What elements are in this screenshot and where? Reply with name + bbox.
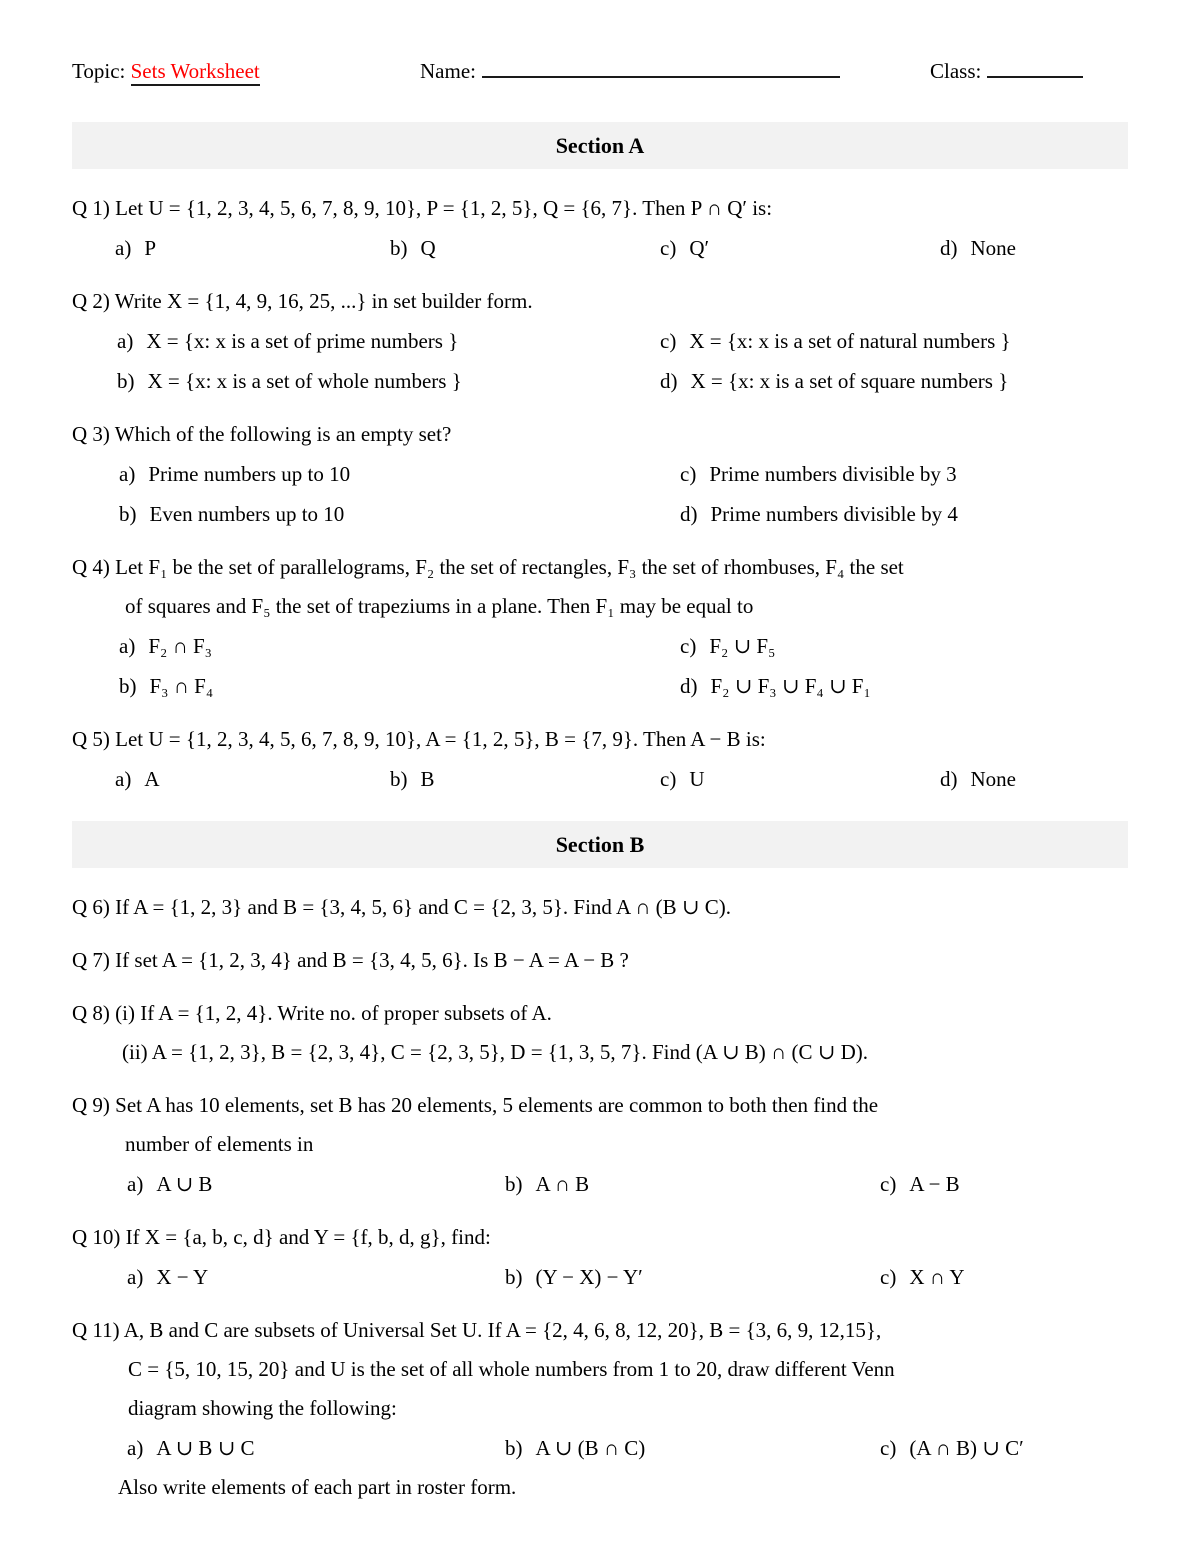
option-d: d)F₂ ∪ F₃ ∪ F₄ ∪ F₁: [680, 673, 1128, 700]
option-letter: a): [119, 461, 135, 488]
option-text: U: [689, 767, 704, 791]
option-text: A ∪ B: [156, 1172, 212, 1196]
question-9-text-line1: Q 9) Set A has 10 elements, set B has 20…: [72, 1092, 1128, 1119]
question-5: Q 5) Let U = {1, 2, 3, 4, 5, 6, 7, 8, 9,…: [72, 726, 1128, 793]
option-letter: c): [660, 766, 676, 793]
question-11-text-line1: Q 11) A, B and C are subsets of Universa…: [72, 1317, 1128, 1344]
option-letter: c): [880, 1171, 896, 1198]
option-c: c)Q′: [660, 235, 940, 262]
option-letter: c): [880, 1264, 896, 1291]
option-letter: a): [115, 766, 131, 793]
question-7-text: Q 7) If set A = {1, 2, 3, 4} and B = {3,…: [72, 947, 1128, 974]
option-letter: b): [119, 673, 137, 700]
section-a-title: Section A: [556, 133, 645, 159]
section-b-header: Section B: [72, 821, 1128, 868]
option-text: B: [421, 767, 435, 791]
topic-field: Topic: Sets Worksheet: [72, 59, 420, 84]
question-4-options-row2: b)F₃ ∩ F₄ d)F₂ ∪ F₃ ∪ F₄ ∪ F₁: [72, 673, 1128, 700]
option-text: (Y − X) − Y′: [536, 1265, 643, 1289]
option-letter: a): [127, 1171, 143, 1198]
worksheet-header: Topic: Sets Worksheet Name: Class:: [72, 56, 1128, 84]
question-5-options: a)A b)B c)U d)None: [72, 766, 1128, 793]
option-text: Prime numbers divisible by 4: [711, 502, 958, 526]
question-7: Q 7) If set A = {1, 2, 3, 4} and B = {3,…: [72, 947, 1128, 974]
question-10-options: a)X − Y b)(Y − X) − Y′ c)X ∩ Y: [72, 1264, 1128, 1291]
option-letter: c): [680, 461, 696, 488]
option-c: c)F₂ ∪ F₅: [680, 633, 1128, 660]
class-field: Class:: [930, 56, 1128, 84]
name-field: Name:: [420, 56, 930, 84]
question-4: Q 4) Let F₁ be the set of parallelograms…: [72, 554, 1128, 700]
question-5-text: Q 5) Let U = {1, 2, 3, 4, 5, 6, 7, 8, 9,…: [72, 726, 1128, 753]
question-8-text-line2: (ii) A = {1, 2, 3}, B = {2, 3, 4}, C = {…: [72, 1039, 1128, 1066]
option-letter: a): [127, 1264, 143, 1291]
option-letter: c): [660, 235, 676, 262]
question-1-text: Q 1) Let U = {1, 2, 3, 4, 5, 6, 7, 8, 9,…: [72, 195, 1128, 222]
option-letter: d): [680, 501, 698, 528]
option-d: d)None: [940, 766, 1128, 793]
worksheet-page: Topic: Sets Worksheet Name: Class: Secti…: [0, 0, 1200, 1553]
option-text: None: [971, 767, 1017, 791]
option-letter: c): [660, 328, 676, 355]
option-text: F₂ ∪ F₅: [709, 634, 775, 658]
option-text: A: [144, 767, 159, 791]
option-text: F₂ ∩ F₃: [148, 634, 212, 658]
option-text: A ∩ B: [536, 1172, 590, 1196]
question-2: Q 2) Write X = {1, 4, 9, 16, 25, ...} in…: [72, 288, 1128, 395]
option-text: A − B: [909, 1172, 959, 1196]
option-b: b)B: [390, 766, 660, 793]
question-6-text: Q 6) If A = {1, 2, 3} and B = {3, 4, 5, …: [72, 894, 1128, 921]
option-c: c)X = {x: x is a set of natural numbers …: [660, 328, 1128, 355]
option-a: a)A: [115, 766, 390, 793]
option-c: c)U: [660, 766, 940, 793]
option-letter: b): [505, 1171, 523, 1198]
question-2-options-row1: a)X = {x: x is a set of prime numbers } …: [72, 328, 1128, 355]
question-11-options: a)A ∪ B ∪ C b)A ∪ (B ∩ C) c)(A ∩ B) ∪ C′: [72, 1435, 1128, 1462]
question-9-text-line2: number of elements in: [72, 1131, 1128, 1158]
section-a-header: Section A: [72, 122, 1128, 169]
option-a: a)A ∪ B: [127, 1171, 505, 1198]
option-b: b)Even numbers up to 10: [119, 501, 680, 528]
topic-label: Topic:: [72, 59, 125, 83]
question-4-text-line1: Q 4) Let F₁ be the set of parallelograms…: [72, 554, 1128, 581]
class-label: Class:: [930, 59, 981, 83]
option-text: Prime numbers up to 10: [148, 462, 350, 486]
option-text: None: [971, 236, 1017, 260]
option-letter: a): [127, 1435, 143, 1462]
option-letter: b): [390, 235, 408, 262]
question-3-options-row1: a)Prime numbers up to 10 c)Prime numbers…: [72, 461, 1128, 488]
question-4-text-line2: of squares and F₅ the set of trapeziums …: [72, 593, 1128, 620]
option-b: b)Q: [390, 235, 660, 262]
option-c: c)A − B: [880, 1171, 1128, 1198]
option-letter: c): [880, 1435, 896, 1462]
option-text: X = {x: x is a set of whole numbers }: [148, 369, 462, 393]
question-4-options-row1: a)F₂ ∩ F₃ c)F₂ ∪ F₅: [72, 633, 1128, 660]
topic-link[interactable]: Sets Worksheet: [131, 59, 260, 86]
option-letter: d): [660, 368, 678, 395]
option-letter: b): [390, 766, 408, 793]
name-label: Name:: [420, 59, 476, 83]
option-letter: b): [117, 368, 135, 395]
class-blank-line: [987, 56, 1083, 78]
question-1-options: a)P b)Q c)Q′ d)None: [72, 235, 1128, 262]
option-d: d)Prime numbers divisible by 4: [680, 501, 1128, 528]
option-letter: b): [505, 1435, 523, 1462]
option-c: c)X ∩ Y: [880, 1264, 1128, 1291]
question-1: Q 1) Let U = {1, 2, 3, 4, 5, 6, 7, 8, 9,…: [72, 195, 1128, 262]
option-text: X ∩ Y: [909, 1265, 964, 1289]
question-10-text: Q 10) If X = {a, b, c, d} and Y = {f, b,…: [72, 1224, 1128, 1251]
option-b: b)A ∩ B: [505, 1171, 880, 1198]
option-letter: b): [119, 501, 137, 528]
question-11-footer: Also write elements of each part in rost…: [72, 1474, 1128, 1501]
question-8-text-line1: Q 8) (i) If A = {1, 2, 4}. Write no. of …: [72, 1000, 1128, 1027]
option-a: a)X − Y: [127, 1264, 505, 1291]
option-d: d)None: [940, 235, 1128, 262]
question-2-text: Q 2) Write X = {1, 4, 9, 16, 25, ...} in…: [72, 288, 1128, 315]
question-8: Q 8) (i) If A = {1, 2, 4}. Write no. of …: [72, 1000, 1128, 1066]
option-letter: c): [680, 633, 696, 660]
question-2-options-row2: b)X = {x: x is a set of whole numbers } …: [72, 368, 1128, 395]
option-a: a)P: [115, 235, 390, 262]
option-letter: d): [940, 235, 958, 262]
option-text: F₂ ∪ F₃ ∪ F₄ ∪ F₁: [711, 674, 871, 698]
option-letter: d): [680, 673, 698, 700]
option-text: X − Y: [156, 1265, 208, 1289]
option-c: c)(A ∩ B) ∪ C′: [880, 1435, 1128, 1462]
option-text: P: [144, 236, 156, 260]
option-letter: b): [505, 1264, 523, 1291]
option-letter: a): [119, 633, 135, 660]
question-3: Q 3) Which of the following is an empty …: [72, 421, 1128, 528]
option-text: Q: [421, 236, 436, 260]
option-text: Even numbers up to 10: [150, 502, 345, 526]
option-letter: a): [115, 235, 131, 262]
option-letter: a): [117, 328, 133, 355]
option-text: X = {x: x is a set of square numbers }: [691, 369, 1009, 393]
option-a: a)Prime numbers up to 10: [119, 461, 680, 488]
option-d: d)X = {x: x is a set of square numbers }: [660, 368, 1128, 395]
question-9-options: a)A ∪ B b)A ∩ B c)A − B: [72, 1171, 1128, 1198]
option-text: X = {x: x is a set of prime numbers }: [146, 329, 458, 353]
option-b: b)X = {x: x is a set of whole numbers }: [117, 368, 660, 395]
option-text: Q′: [689, 236, 709, 260]
section-b-title: Section B: [556, 832, 645, 858]
option-text: X = {x: x is a set of natural numbers }: [689, 329, 1010, 353]
option-a: a)A ∪ B ∪ C: [127, 1435, 505, 1462]
question-6: Q 6) If A = {1, 2, 3} and B = {3, 4, 5, …: [72, 894, 1128, 921]
option-b: b)A ∪ (B ∩ C): [505, 1435, 880, 1462]
question-11-text-line3: diagram showing the following:: [72, 1395, 1128, 1422]
name-blank-line: [482, 56, 840, 78]
option-text: A ∪ (B ∩ C): [536, 1436, 646, 1460]
option-a: a)F₂ ∩ F₃: [119, 633, 680, 660]
question-3-text: Q 3) Which of the following is an empty …: [72, 421, 1128, 448]
question-10: Q 10) If X = {a, b, c, d} and Y = {f, b,…: [72, 1224, 1128, 1291]
option-text: F₃ ∩ F₄: [150, 674, 214, 698]
question-11: Q 11) A, B and C are subsets of Universa…: [72, 1317, 1128, 1501]
question-3-options-row2: b)Even numbers up to 10 d)Prime numbers …: [72, 501, 1128, 528]
question-11-text-line2: C = {5, 10, 15, 20} and U is the set of …: [72, 1356, 1128, 1383]
option-letter: d): [940, 766, 958, 793]
option-c: c)Prime numbers divisible by 3: [680, 461, 1128, 488]
option-b: b)(Y − X) − Y′: [505, 1264, 880, 1291]
option-text: A ∪ B ∪ C: [156, 1436, 254, 1460]
option-text: Prime numbers divisible by 3: [709, 462, 956, 486]
option-b: b)F₃ ∩ F₄: [119, 673, 680, 700]
option-text: (A ∩ B) ∪ C′: [909, 1436, 1023, 1460]
question-9: Q 9) Set A has 10 elements, set B has 20…: [72, 1092, 1128, 1198]
option-a: a)X = {x: x is a set of prime numbers }: [117, 328, 660, 355]
